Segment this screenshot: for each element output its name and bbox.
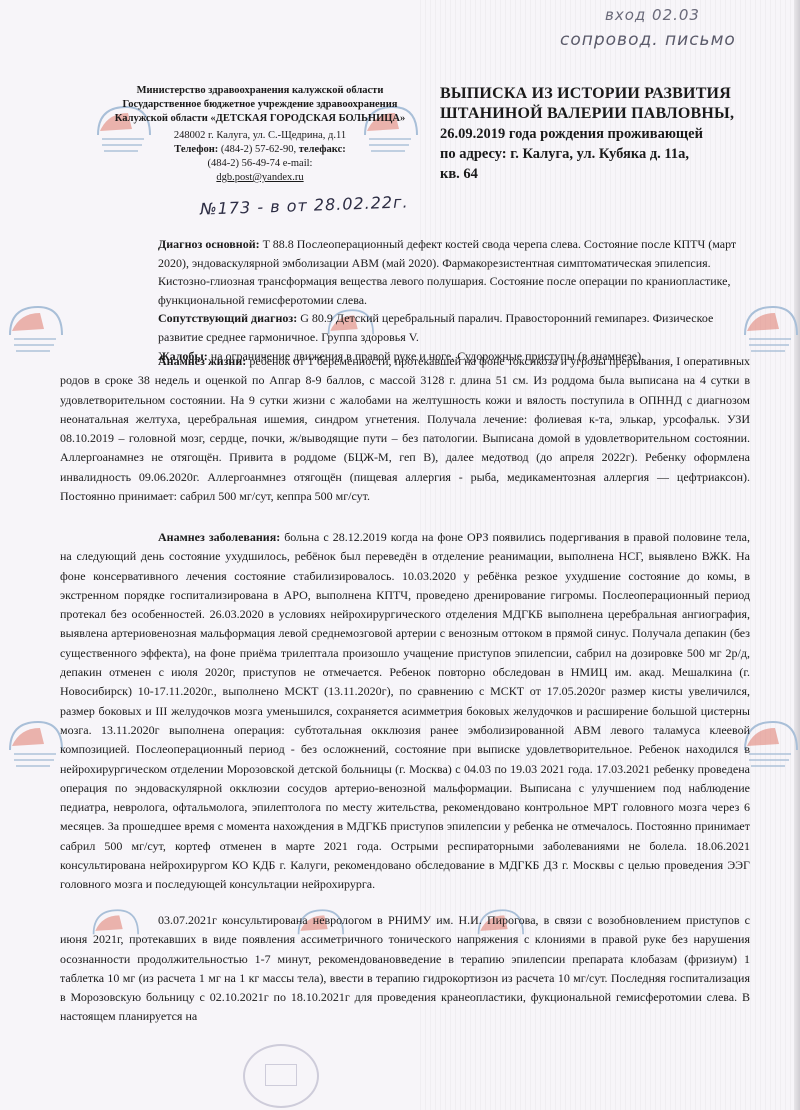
consultation-text: 03.07.2021г консультирована неврологом в… xyxy=(60,911,750,1027)
anamnesis-disease-section: Анамнез заболевания: больна с 28.12.2019… xyxy=(60,528,750,895)
document-title: ВЫПИСКА ИЗ ИСТОРИИ РАЗВИТИЯ ШТАНИНОЙ ВАЛ… xyxy=(440,84,770,184)
handwritten-incoming-note: вход 02.03 xyxy=(605,6,700,24)
fax-number: (484-2) 56-49-74 e-mail: xyxy=(95,157,425,171)
anamnesis-life-text: ребенок от 1 беременности, протекавшей н… xyxy=(60,354,750,503)
document-page: вход 02.03 сопровод. письмо №173 - в от … xyxy=(0,0,800,1110)
page-edge xyxy=(794,0,800,1110)
handwritten-outgoing-number: №173 - в от 28.02.22г. xyxy=(200,192,409,218)
phone-number: (484-2) 57-62-90, xyxy=(221,144,296,155)
organization-header: Министерство здравоохранения калужской о… xyxy=(95,84,425,185)
title-apartment: кв. 64 xyxy=(440,164,770,184)
institution-name-line2: Калужской области «ДЕТСКАЯ ГОРОДСКАЯ БОЛ… xyxy=(95,112,425,126)
institution-name-line1: Государственное бюджетное учреждение здр… xyxy=(95,98,425,112)
title-birthdate: 26.09.2019 года рождения проживающей xyxy=(440,124,770,144)
anamnesis-disease-text: больна с 28.12.2019 когда на фоне ОРЗ по… xyxy=(60,530,750,891)
phone-label: Телефон: xyxy=(174,144,218,155)
main-diagnosis-label: Диагноз основной: xyxy=(158,237,260,251)
org-email-link[interactable]: dgb.post@yandex.ru xyxy=(95,171,425,185)
title-line1: ВЫПИСКА ИЗ ИСТОРИИ РАЗВИТИЯ xyxy=(440,84,770,104)
handwritten-cover-letter-note: сопровод. письмо xyxy=(560,30,736,50)
diagnosis-section: Диагноз основной: T 88.8 Послеоперационн… xyxy=(158,235,748,365)
fax-label: телефакс: xyxy=(299,144,346,155)
institution-stamp-icon xyxy=(243,1044,319,1108)
anamnesis-life-section: Анамнез жизни: ребенок от 1 беременности… xyxy=(60,352,750,506)
title-patient-name: ШТАНИНОЙ ВАЛЕРИИ ПАВЛОВНЫ, xyxy=(440,104,770,124)
consultation-section: 03.07.2021г консультирована неврологом в… xyxy=(60,911,750,1027)
anamnesis-life-label: Анамнез жизни: xyxy=(158,354,246,368)
org-address: 248002 г. Калуга, ул. С.-Щедрина, д.11 xyxy=(95,129,425,143)
title-address: по адресу: г. Калуга, ул. Кубяка д. 11а, xyxy=(440,144,770,164)
anamnesis-disease-label: Анамнез заболевания: xyxy=(158,530,280,544)
ministry-name: Министерство здравоохранения калужской о… xyxy=(95,84,425,98)
concomitant-diagnosis-label: Сопутствующий диагноз: xyxy=(158,311,297,325)
